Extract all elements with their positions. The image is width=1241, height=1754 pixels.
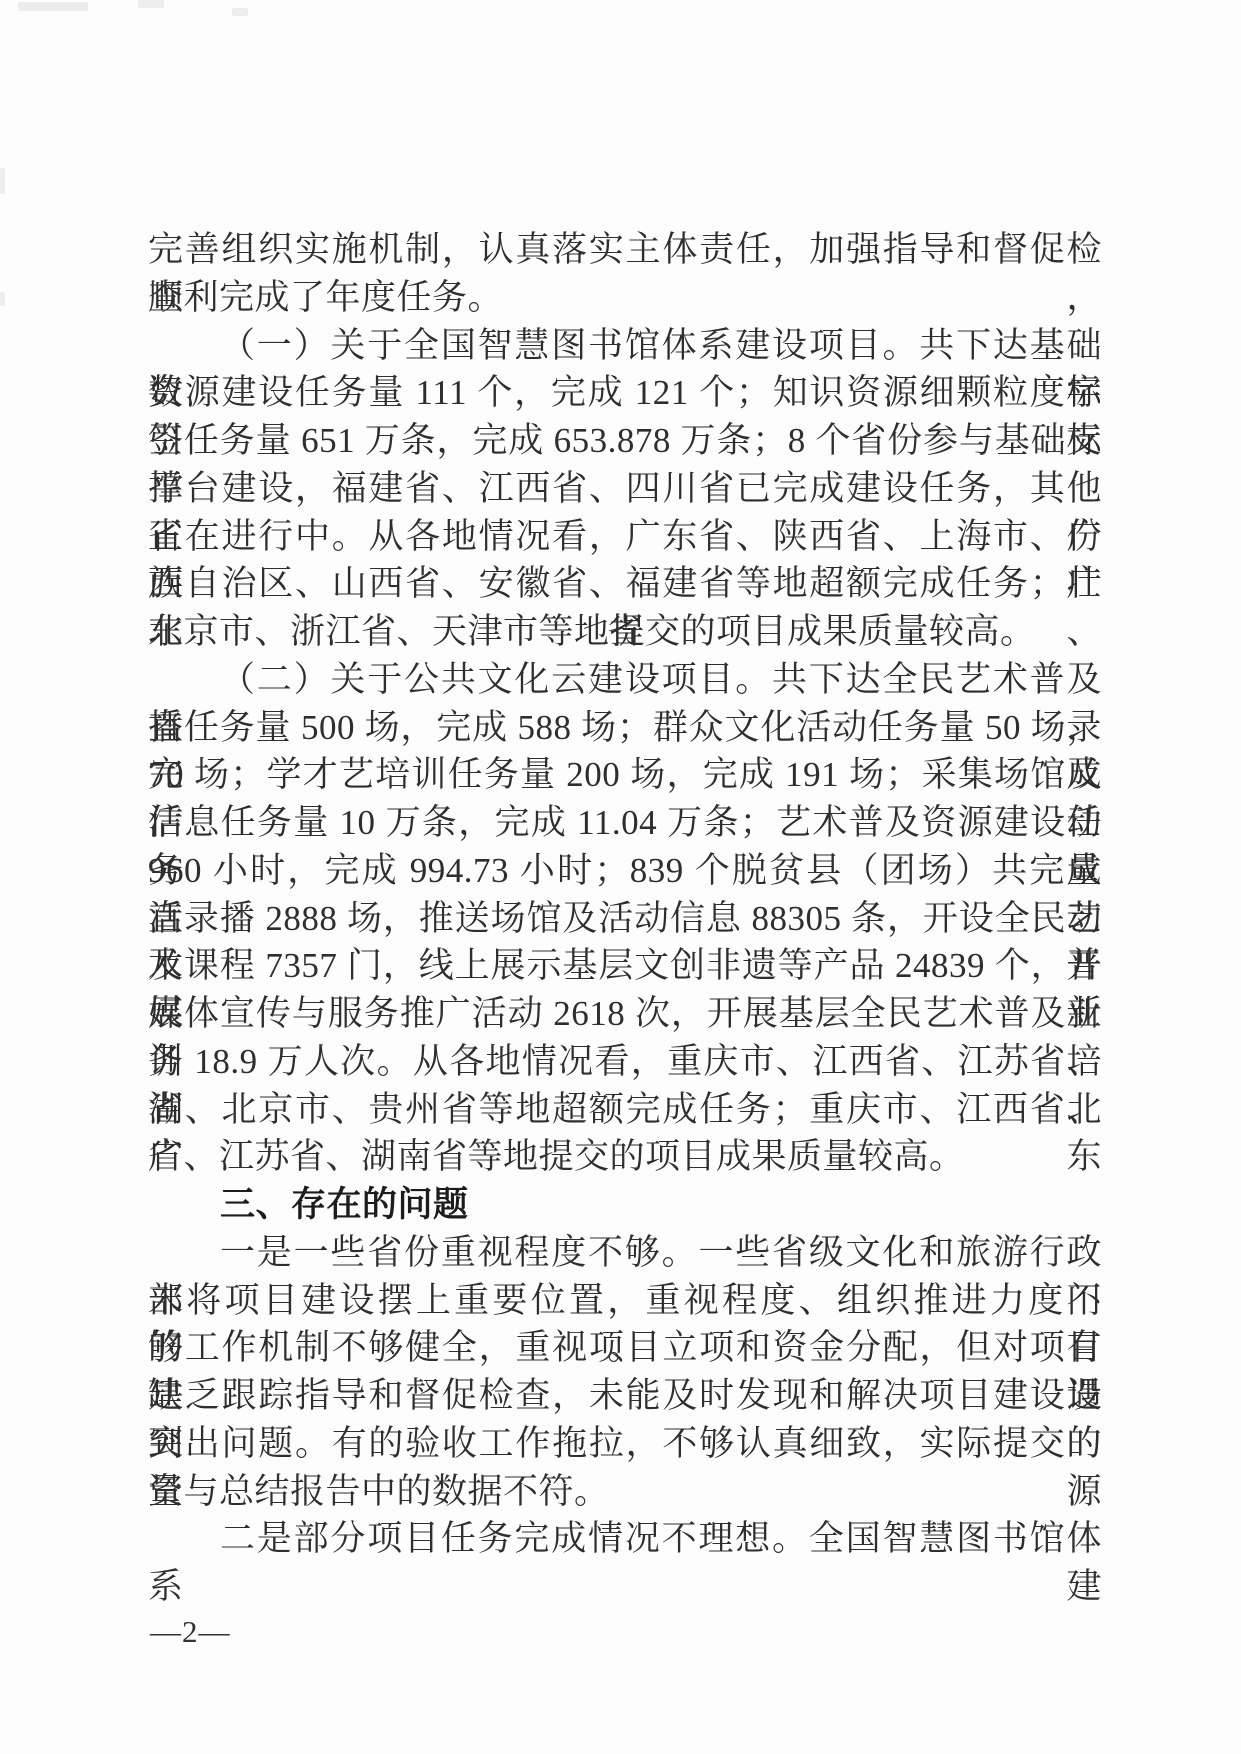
text-line: 省、江苏省、湖南省等地提交的项目成果质量较高。 [148,1133,1102,1181]
text-line: 族自治区、山西省、安徽省、福建省等地超额完成任务；广东省、 [148,560,1102,608]
scan-artifact [18,2,88,11]
text-line: 直录播 2888 场，推送场馆及活动信息 88305 条，开设全民艺术普 [148,895,1102,943]
scan-artifact [0,292,5,306]
text-line: 正在进行中。从各地情况看，广东省、陕西省、上海市、广西壮 [148,513,1102,561]
text-line: 北京市、浙江省、天津市等地提交的项目成果质量较高。 [148,608,1102,656]
text-line: 一是一些省份重视程度不够。一些省级文化和旅游行政部门 [148,1229,1102,1277]
text-line: 960 小时，完成 994.73 小时；839 个脱贫县（团场）共完成活动 [148,847,1102,895]
text-line: 资源建设任务量 111 个，完成 121 个；知识资源细颗粒度标签标 [148,369,1102,417]
text-line: 省、北京市、贵州省等地超额完成任务；重庆市、江西省、广东 [148,1086,1102,1134]
text-line: 缺乏跟踪指导和督促检查，未能及时发现和解决项目建设遇到的 [148,1372,1102,1420]
text-line: 未将项目建设摆上重要位置，重视程度、组织推进力度不够。有 [148,1277,1102,1325]
text-line: 播任务量 500 场，完成 588 场；群众文化活动任务量 50 场，完成 [148,704,1102,752]
section-heading: 三、存在的问题 [148,1181,1102,1229]
scan-artifact [232,8,248,16]
page-number: —2— [150,1612,231,1652]
scanned-document-page: 完善组织实施机制，认真落实主体责任，加强指导和督促检查，顺利完成了年度任务。（一… [0,0,1241,1754]
text-line: 引任务量 651 万条，完成 653.878 万条；8 个省份参与基础支撑 [148,417,1102,465]
text-line: 突出问题。有的验收工作拖拉，不够认真细致，实际提交的资源 [148,1420,1102,1468]
text-line: （一）关于全国智慧图书馆体系建设项目。共下达基础数字 [148,322,1102,370]
scan-artifact [0,168,5,194]
text-line: 平台建设，福建省、江西省、四川省已完成建设任务，其他省份 [148,465,1102,513]
text-line: 完善组织实施机制，认真落实主体责任，加强指导和督促检查， [148,226,1102,274]
text-line: 二是部分项目任务完成情况不理想。全国智慧图书馆体系建 [148,1515,1102,1563]
text-line: 媒体宣传与服务推广活动 2618 次，开展基层全民艺术普及业务培 [148,990,1102,1038]
document-body: 完善组织实施机制，认真落实主体责任，加强指导和督促检查，顺利完成了年度任务。（一… [148,226,1102,1563]
scan-artifact [138,0,164,8]
text-line: 信息任务量 10 万条，完成 11.04 万条；艺术普及资源建设任务量 [148,799,1102,847]
text-line: （二）关于公共文化云建设项目。共下达全民艺术普及直录 [148,656,1102,704]
text-line: 70 场；学才艺培训任务量 200 场，完成 191 场；采集场馆及活动 [148,751,1102,799]
text-line: 训 18.9 万人次。从各地情况看，重庆市、江西省、江苏省、湖北 [148,1038,1102,1086]
text-line: 及课程 7357 门，线上展示基层文创非遗等产品 24839 个，开展新 [148,942,1102,990]
text-line: 的工作机制不够健全，重视项目立项和资金分配，但对项目建设 [148,1324,1102,1372]
